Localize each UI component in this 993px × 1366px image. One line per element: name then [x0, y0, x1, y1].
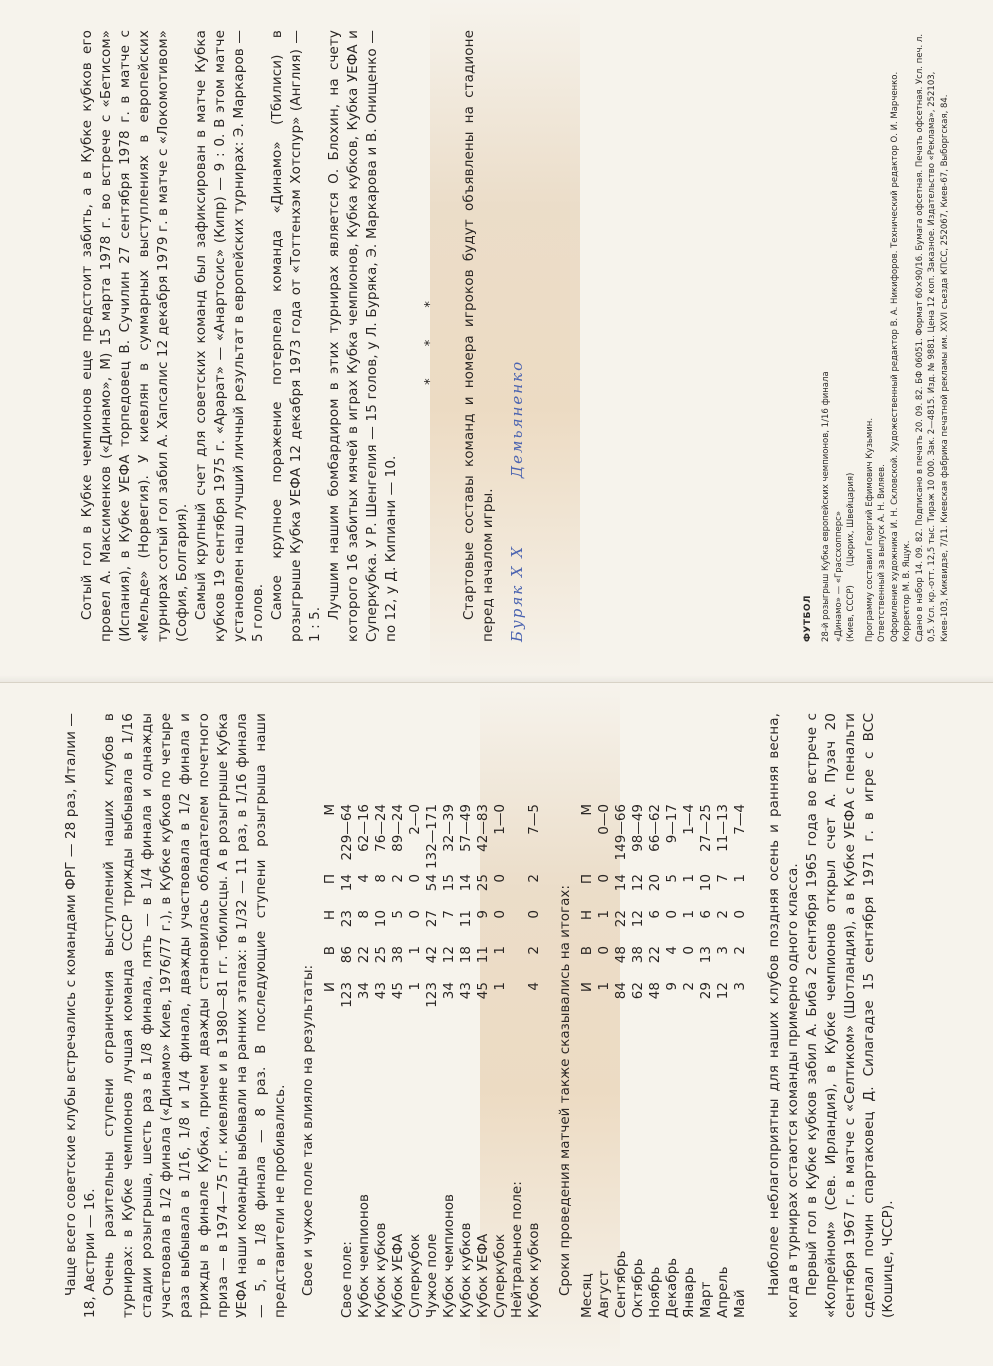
table-row: Суперкубок11001—0	[492, 804, 509, 1318]
row-label: Кубок чемпионов	[356, 1018, 373, 1318]
losses-cell: 0	[596, 874, 613, 910]
draws-cell: 12	[630, 910, 647, 946]
wins-cell: 86	[339, 946, 356, 982]
draws-cell: 0	[732, 910, 749, 946]
games-cell: 45	[475, 982, 492, 1018]
program-sheet: Чаще всего советские клубы встречались с…	[0, 0, 993, 1366]
table-row: Свое поле:123862314229—64	[339, 804, 356, 1318]
wins-cell: 42	[424, 946, 441, 982]
losses-cell: 0	[407, 874, 424, 910]
table-row: Чужое поле123422754132—171	[424, 804, 441, 1318]
imprint-credit: Сдано в набор 14. 09. 82. Подписано в пе…	[914, 32, 952, 642]
wins-cell: 38	[630, 946, 647, 982]
draws-cell: 0	[526, 910, 543, 946]
table-header: И В Н П М	[322, 804, 339, 1318]
table-row: Август10100—0	[596, 804, 613, 1318]
draws-cell: 23	[339, 910, 356, 946]
games-cell	[509, 982, 526, 1018]
draws-cell: 7	[441, 910, 458, 946]
losses-cell: 7	[715, 874, 732, 910]
imprint-compiler: Программу составил Георгий Ефимович Кузь…	[864, 32, 877, 642]
table-row: Ноябрь482262066—62	[647, 804, 664, 1318]
row-label: Нейтральное поле:	[509, 1018, 526, 1318]
wins-cell: 1	[407, 946, 424, 982]
row-label: Май	[732, 1018, 749, 1318]
imprint-credit: Ответственный за выпуск А. Н. Виляев.	[876, 32, 889, 642]
losses-cell: 20	[647, 874, 664, 910]
wins-cell: 0	[596, 946, 613, 982]
table-row: Декабрь94059—17	[664, 804, 681, 1318]
wins-cell: 3	[715, 946, 732, 982]
wins-cell: 1	[492, 946, 509, 982]
games-cell: 45	[390, 982, 407, 1018]
goals-cell: 76—24	[373, 804, 390, 874]
imprint: ФУТБОЛ 28-й розыгрыш Кубка европейских ч…	[802, 32, 952, 642]
row-label: Сентябрь	[613, 1018, 630, 1318]
closing-paragraph: Первый гол в Кубке кубков забил А. Биба …	[803, 713, 898, 1318]
wins-cell: 2	[526, 946, 543, 982]
row-label: Октябрь	[630, 1018, 647, 1318]
handwritten-note: Буряк X X	[508, 545, 526, 642]
wins-cell: 11	[475, 946, 492, 982]
table-row: Апрель1232711—13	[715, 804, 732, 1318]
closing-paragraph: Наиболее неблагоприятны для наших клубов…	[765, 713, 803, 1318]
wins-cell: 2	[732, 946, 749, 982]
draws-cell	[509, 910, 526, 946]
games-cell: 4	[526, 982, 543, 1018]
games-cell: 123	[424, 982, 441, 1018]
wins-cell: 22	[647, 946, 664, 982]
row-label: Август	[596, 1018, 613, 1318]
goals-cell: 2—0	[407, 804, 424, 874]
imprint-cities: (Киев, СССР) (Цюрих, Швейцария)	[845, 32, 858, 642]
goals-cell: 98—49	[630, 804, 647, 874]
games-cell: 1	[492, 982, 509, 1018]
losses-cell: 15	[441, 874, 458, 910]
goals-cell: 27—25	[698, 804, 715, 874]
goals-cell: 62—16	[356, 804, 373, 874]
table-row: Суперкубок11002—0	[407, 804, 424, 1318]
losses-cell: 10	[698, 874, 715, 910]
draws-cell: 8	[356, 910, 373, 946]
table-row: Кубок УЕФА45385289—24	[390, 804, 407, 1318]
row-label: Кубок кубков	[373, 1018, 390, 1318]
row-label: Кубок кубков	[526, 1018, 543, 1318]
goals-cell: 66—62	[647, 804, 664, 874]
wins-cell: 22	[356, 946, 373, 982]
table-row: Кубок чемпионов34228462—16	[356, 804, 373, 1318]
row-label: Ноябрь	[647, 1018, 664, 1318]
table-row: Март291361027—25	[698, 804, 715, 1318]
row-label: Март	[698, 1018, 715, 1318]
intro-paragraph: Очень разительны ступени ограничения выс…	[100, 713, 290, 1318]
table-row: Кубок кубков42027—5	[526, 804, 543, 1318]
imprint-credit: Оформление художника И. Н. Скловской. Ху…	[889, 32, 914, 642]
games-cell: 34	[356, 982, 373, 1018]
wins-cell: 0	[681, 946, 698, 982]
lineup-note: Стартовые составы команд и номера игроко…	[460, 30, 498, 642]
row-label: Свое поле:	[339, 1018, 356, 1318]
losses-cell: 0	[492, 874, 509, 910]
games-cell: 48	[647, 982, 664, 1018]
games-cell: 2	[681, 982, 698, 1018]
games-cell: 34	[441, 982, 458, 1018]
draws-cell: 10	[373, 910, 390, 946]
goals-cell: 132—171	[424, 804, 441, 874]
table-row: Октябрь6238121298—49	[630, 804, 647, 1318]
goals-cell: 11—13	[715, 804, 732, 874]
home-away-table: И В Н П М Свое поле:123862314229—64Кубок…	[322, 804, 543, 1318]
wins-cell: 48	[613, 946, 630, 982]
losses-cell: 54	[424, 874, 441, 910]
goals-cell: 9—17	[664, 804, 681, 874]
wins-cell: 25	[373, 946, 390, 982]
row-label: Кубок чемпионов	[441, 1018, 458, 1318]
draws-cell: 6	[647, 910, 664, 946]
draws-cell: 6	[698, 910, 715, 946]
row-label: Суперкубок	[407, 1018, 424, 1318]
paragraph: Сотый гол в Кубке чемпионов еще предстои…	[78, 30, 192, 642]
wins-cell: 18	[458, 946, 475, 982]
games-cell: 29	[698, 982, 715, 1018]
goals-cell: 32—39	[441, 804, 458, 874]
paragraph: Самый крупный счет для советских команд …	[192, 30, 268, 642]
draws-cell: 1	[681, 910, 698, 946]
losses-cell: 14	[458, 874, 475, 910]
row-label: Суперкубок	[492, 1018, 509, 1318]
losses-cell: 14	[613, 874, 630, 910]
row-label: Декабрь	[664, 1018, 681, 1318]
games-cell: 62	[630, 982, 647, 1018]
draws-cell: 0	[407, 910, 424, 946]
wins-cell: 13	[698, 946, 715, 982]
row-label: Январь	[681, 1018, 698, 1318]
games-cell: 43	[458, 982, 475, 1018]
losses-cell: 1	[732, 874, 749, 910]
table-row: Кубок чемпионов341271532—39	[441, 804, 458, 1318]
goals-cell: 149—66	[613, 804, 630, 874]
wins-cell: 12	[441, 946, 458, 982]
draws-cell: 5	[390, 910, 407, 946]
losses-cell	[509, 874, 526, 910]
intro-paragraph: Чаще всего советские клубы встречались с…	[62, 713, 100, 1318]
losses-cell: 12	[630, 874, 647, 910]
goals-cell: 1—4	[681, 804, 698, 874]
months-table: Месяц И В Н П М Август10100—0Сентябрь844…	[579, 804, 749, 1318]
games-cell: 12	[715, 982, 732, 1018]
goals-cell: 229—64	[339, 804, 356, 874]
games-cell: 43	[373, 982, 390, 1018]
draws-cell: 11	[458, 910, 475, 946]
losses-cell: 4	[356, 874, 373, 910]
imprint-match: «Динамо» — «Грассхопперс»	[833, 32, 846, 642]
games-cell: 1	[596, 982, 613, 1018]
imprint-event: 28-й розыгрыш Кубка европейских чемпионо…	[820, 32, 833, 642]
row-label: Кубок УЕФА	[390, 1018, 407, 1318]
draws-cell: 0	[492, 910, 509, 946]
goals-cell: 42—83	[475, 804, 492, 874]
wins-cell: 38	[390, 946, 407, 982]
losses-cell: 8	[373, 874, 390, 910]
left-page: Чаще всего советские клубы встречались с…	[0, 683, 993, 1366]
imprint-heading: ФУТБОЛ	[802, 32, 815, 642]
table-row: Нейтральное поле:	[509, 804, 526, 1318]
games-cell: 1	[407, 982, 424, 1018]
games-cell: 9	[664, 982, 681, 1018]
row-label: Апрель	[715, 1018, 732, 1318]
paragraph: Самое крупное поражение потерпела команд…	[268, 30, 325, 642]
draws-cell: 0	[664, 910, 681, 946]
goals-cell: 89—24	[390, 804, 407, 874]
table-row: Кубок УЕФА451192542—83	[475, 804, 492, 1318]
paragraph: Лучшим нашим бомбардиром в этих турнирах…	[325, 30, 401, 642]
losses-cell: 2	[526, 874, 543, 910]
months-caption: Сроки проведения матчей также сказывалис…	[557, 713, 573, 1318]
home-away-caption: Свое и чужое поле так влияло на результа…	[300, 713, 316, 1318]
handwritten-notes: Буряк X X Демьяненко	[508, 30, 526, 642]
losses-cell: 2	[390, 874, 407, 910]
losses-cell: 1	[681, 874, 698, 910]
table-header: Месяц И В Н П М	[579, 804, 596, 1318]
handwritten-note: Демьяненко	[508, 360, 526, 478]
losses-cell: 5	[664, 874, 681, 910]
draws-cell: 1	[596, 910, 613, 946]
wins-cell: 4	[664, 946, 681, 982]
draws-cell: 2	[715, 910, 732, 946]
wins-cell	[509, 946, 526, 982]
losses-cell: 14	[339, 874, 356, 910]
separator-stars: * * *	[423, 30, 438, 642]
games-cell: 3	[732, 982, 749, 1018]
row-label: Чужое поле	[424, 1018, 441, 1318]
goals-cell: 7—5	[526, 804, 543, 874]
losses-cell: 25	[475, 874, 492, 910]
table-row: Май32017—4	[732, 804, 749, 1318]
table-row: Кубок кубков432510876—24	[373, 804, 390, 1318]
row-label: Кубок кубков	[458, 1018, 475, 1318]
goals-cell: 1—0	[492, 804, 509, 874]
games-cell: 84	[613, 982, 630, 1018]
goals-cell: 0—0	[596, 804, 613, 874]
draws-cell: 9	[475, 910, 492, 946]
goals-cell	[509, 804, 526, 874]
games-cell: 123	[339, 982, 356, 1018]
goals-cell: 7—4	[732, 804, 749, 874]
goals-cell: 57—49	[458, 804, 475, 874]
row-label: Кубок УЕФА	[475, 1018, 492, 1318]
draws-cell: 22	[613, 910, 630, 946]
table-row: Январь20111—4	[681, 804, 698, 1318]
right-page: Сотый гол в Кубке чемпионов еще предстои…	[0, 0, 993, 683]
draws-cell: 27	[424, 910, 441, 946]
table-row: Сентябрь84482214149—66	[613, 804, 630, 1318]
table-row: Кубок кубков4318111457—49	[458, 804, 475, 1318]
